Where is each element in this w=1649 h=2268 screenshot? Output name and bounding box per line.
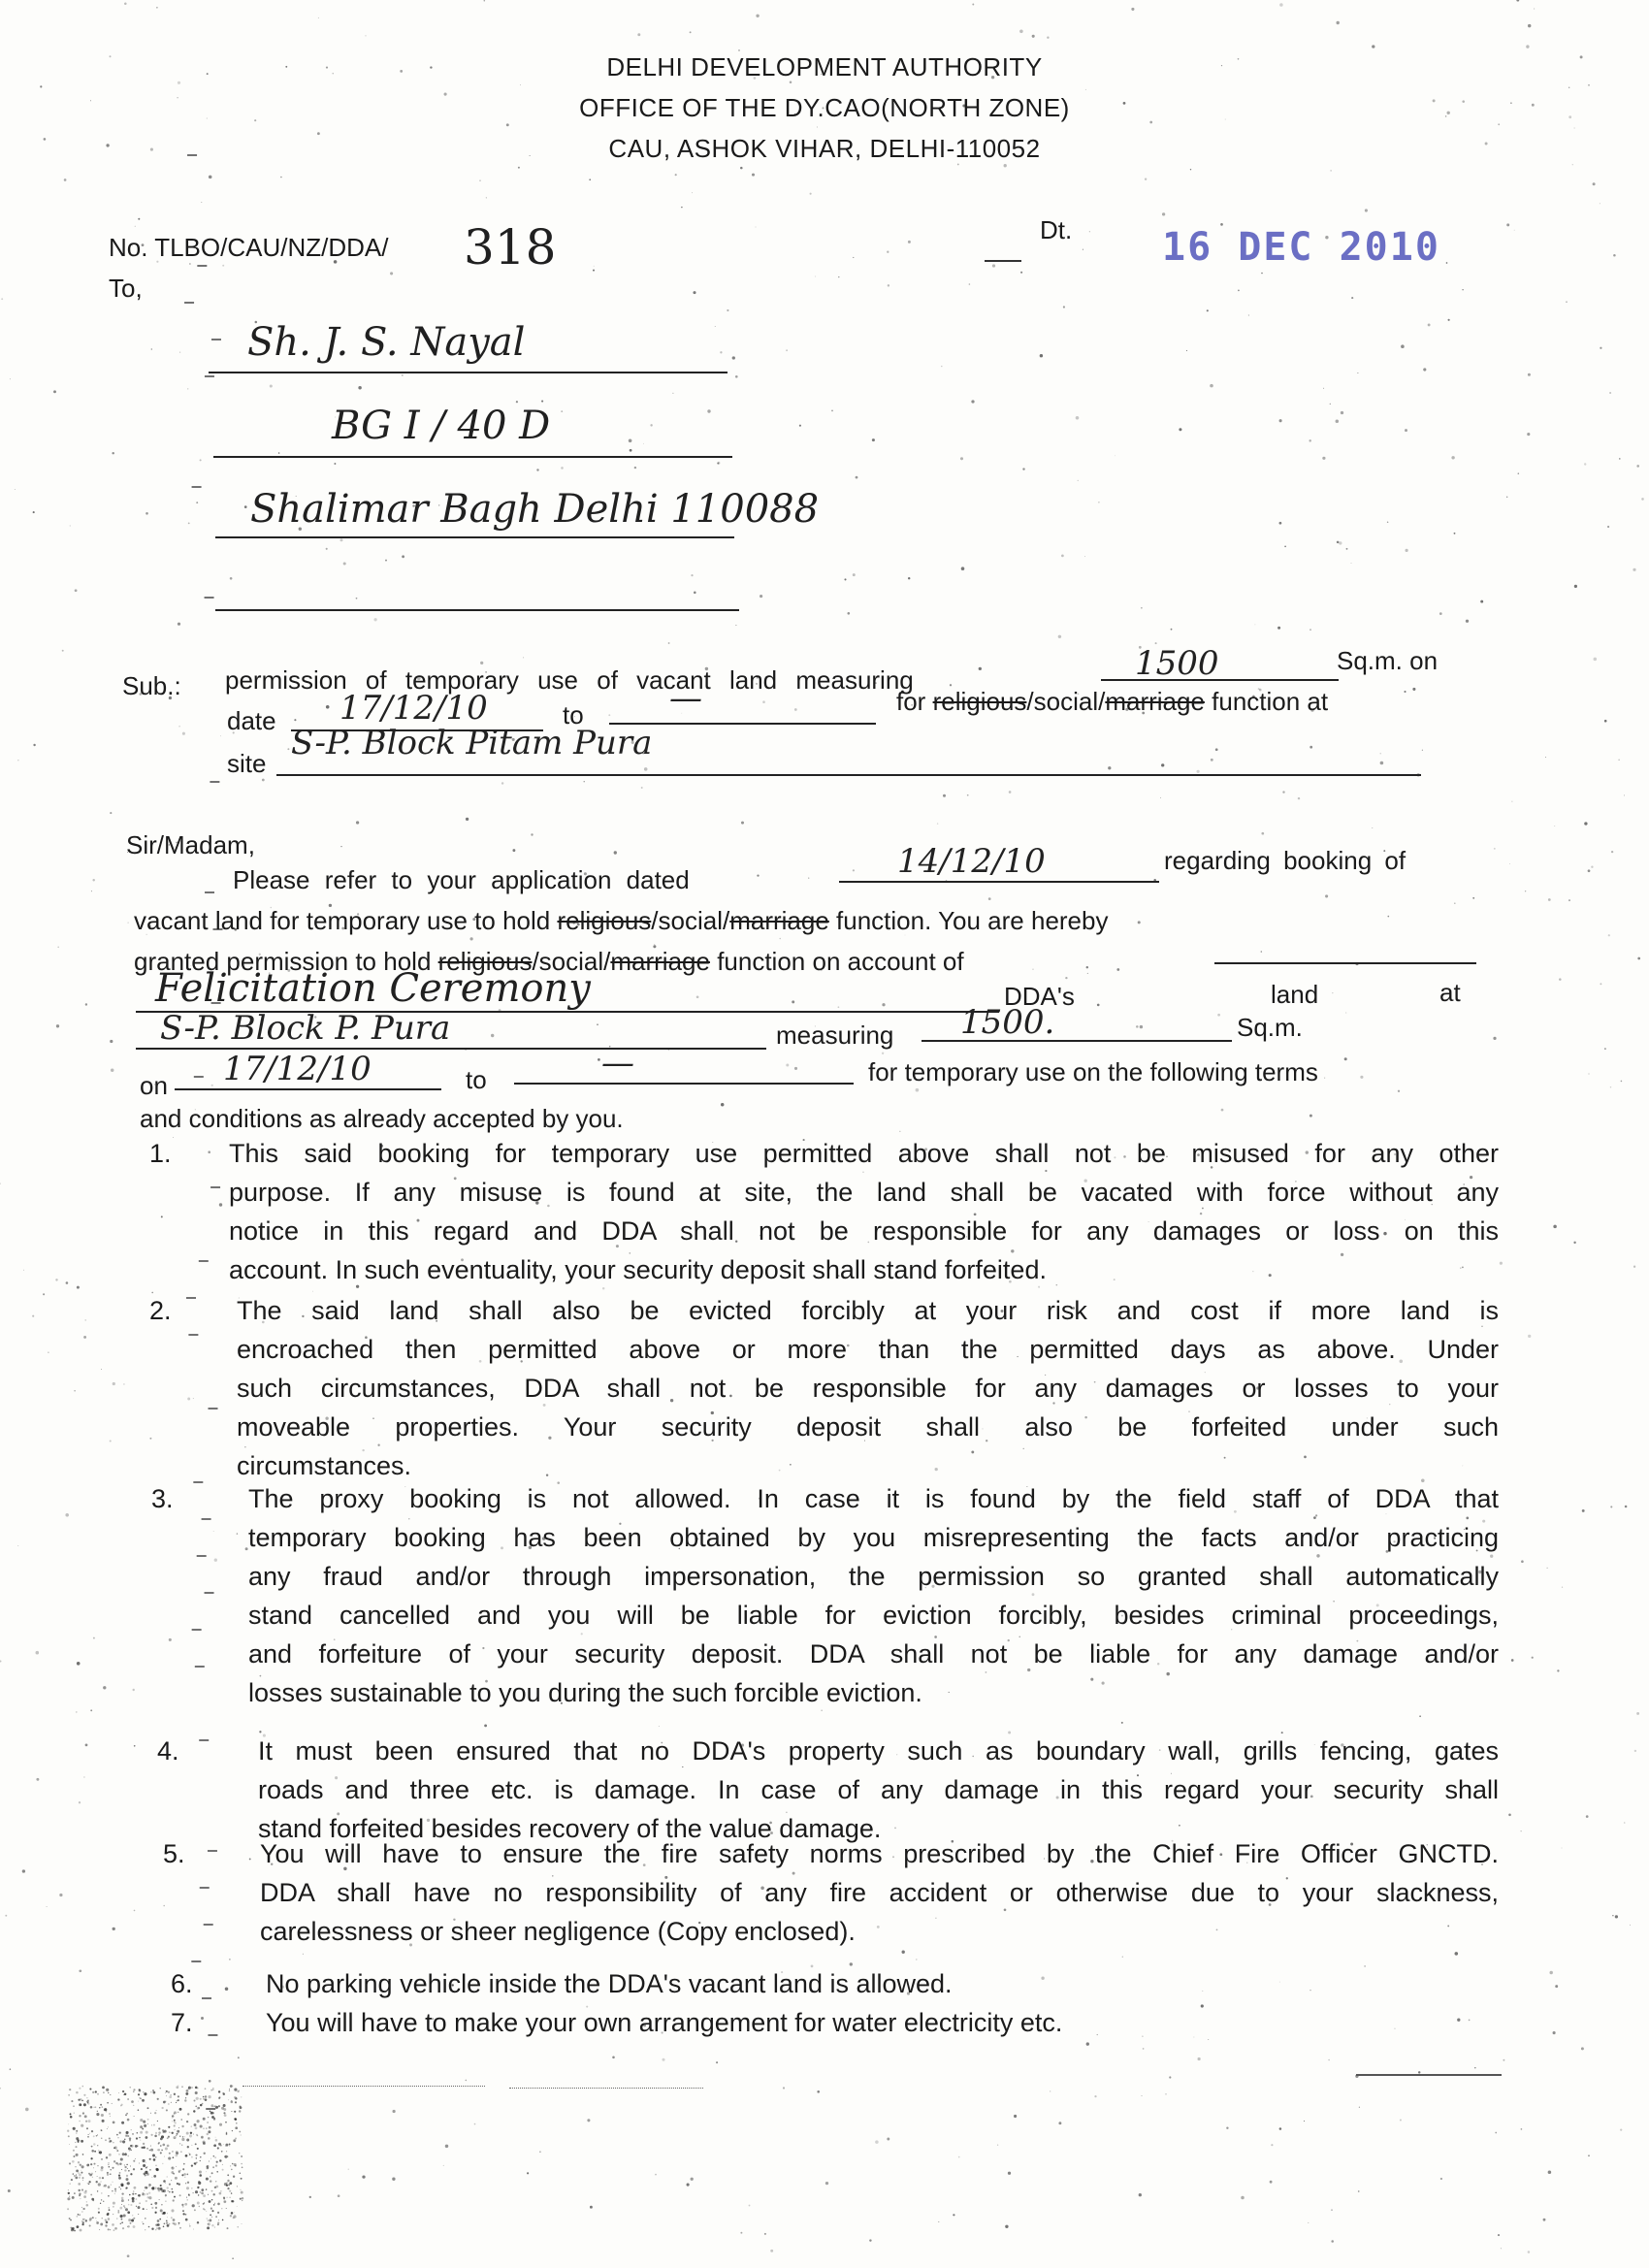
to-label: To, xyxy=(109,274,143,304)
faint-line xyxy=(242,2086,485,2087)
body-conditions: and conditions as already accepted by yo… xyxy=(140,1104,624,1134)
term-line: stand cancelled and you will be liable f… xyxy=(248,1601,1499,1631)
occasion-underline-top xyxy=(1214,962,1476,964)
address-line-1 xyxy=(209,372,727,373)
body-line1-b: regarding booking of xyxy=(1164,846,1406,876)
term-line: roads and three etc. is damage. In case … xyxy=(258,1775,1499,1805)
body-terms-intro: for temporary use on the following terms xyxy=(868,1057,1318,1087)
subject-area: 1500 xyxy=(1135,644,1219,683)
body-area: 1500. xyxy=(960,1003,1054,1042)
term-line: losses sustainable to you during the suc… xyxy=(248,1678,922,1708)
faint-line xyxy=(509,2088,703,2089)
body-measuring: measuring xyxy=(776,1021,893,1051)
body-line1-a: Please refer to your application dated xyxy=(233,865,690,895)
recipient-address-line3: Shalimar Bagh Delhi 110088 xyxy=(250,487,819,532)
term-line: DDA shall have no responsibility of any … xyxy=(260,1878,1499,1908)
body-at: at xyxy=(1439,978,1461,1008)
term-line: No parking vehicle inside the DDA's vaca… xyxy=(266,1969,953,1999)
body-land: land xyxy=(1271,980,1318,1010)
body-to: to xyxy=(466,1065,487,1095)
term-line: such circumstances, DDA shall not be res… xyxy=(237,1374,1499,1404)
office-name: OFFICE OF THE DY.CAO(NORTH ZONE) xyxy=(0,93,1649,123)
subject-from-date: 17/12/10 xyxy=(339,689,488,728)
term-line: carelessness or sheer negligence (Copy e… xyxy=(260,1917,856,1947)
salutation: Sir/Madam, xyxy=(126,830,255,860)
subject-function-type: for religious/social/marriage function a… xyxy=(896,687,1328,717)
on-date-underline xyxy=(175,1088,441,1090)
term-line: You will have to make your own arrangeme… xyxy=(266,2008,1062,2038)
term-line: You will have to ensure the fire safety … xyxy=(260,1839,1499,1869)
application-date: 14/12/10 xyxy=(897,842,1046,881)
reference-prefix: No. TLBO/CAU/NZ/DDA/ xyxy=(109,233,388,263)
struck-marriage: marriage xyxy=(1105,687,1205,716)
signature-line xyxy=(1356,2074,1502,2076)
term-line: It must been ensured that no DDA's prope… xyxy=(258,1736,1499,1766)
site-underline xyxy=(276,774,1421,776)
term-line: any fraud and/or through impersonation, … xyxy=(248,1562,1499,1592)
struck-religious: religious xyxy=(557,906,651,935)
term-number: 1. xyxy=(149,1139,172,1169)
body-sqm: Sq.m. xyxy=(1237,1013,1303,1043)
date-stamp: 16 DEC 2010 xyxy=(1162,225,1440,270)
term-number: 4. xyxy=(157,1736,179,1766)
term-number: 7. xyxy=(171,2008,193,2038)
term-line: The said land shall also be evicted forc… xyxy=(237,1296,1499,1326)
scanned-letter-page: DELHI DEVELOPMENT AUTHORITY OFFICE OF TH… xyxy=(0,0,1649,2268)
subject-to-date: — xyxy=(669,679,702,718)
term-number: 6. xyxy=(171,1969,193,1999)
term-line: account. In such eventuality, your secur… xyxy=(229,1255,1047,1285)
area-underline xyxy=(1101,679,1339,681)
subject-unit: Sq.m. on xyxy=(1337,646,1438,676)
reference-number: 318 xyxy=(464,219,556,275)
term-line: notice in this regard and DDA shall not … xyxy=(229,1216,1499,1247)
subject-site: S-P. Block Pitam Pura xyxy=(291,724,652,762)
office-address: CAU, ASHOK VIHAR, DELHI-110052 xyxy=(0,134,1649,164)
term-number: 2. xyxy=(149,1296,172,1326)
to-date-underline-2 xyxy=(514,1083,854,1085)
dash-mark xyxy=(985,260,1021,262)
term-line: circumstances. xyxy=(237,1451,411,1481)
subject-site-label: site xyxy=(227,749,266,779)
term-line: temporary booking has been obtained by y… xyxy=(248,1523,1499,1553)
occasion: Felicitation Ceremony xyxy=(155,966,591,1011)
recipient-address-line2: BG I / 40 D xyxy=(332,404,550,448)
recipient-name: Sh. J. S. Nayal xyxy=(247,320,525,365)
address-line-4 xyxy=(215,609,739,611)
on-date: 17/12/10 xyxy=(223,1050,372,1088)
application-date-underline xyxy=(839,881,1159,883)
body-area-underline xyxy=(921,1040,1232,1042)
body-line2: vacant land for temporary use to hold re… xyxy=(134,906,1108,936)
date-label: Dt. xyxy=(1040,215,1072,245)
term-line: This said booking for temporary use perm… xyxy=(229,1139,1499,1169)
address-line-3 xyxy=(215,536,734,538)
address-line-2 xyxy=(213,456,732,458)
struck-marriage: marriage xyxy=(610,947,710,976)
term-line: moveable properties. Your security depos… xyxy=(237,1412,1499,1442)
body-on: on xyxy=(140,1071,168,1101)
term-line: encroached then permitted above or more … xyxy=(237,1335,1499,1365)
term-number: 5. xyxy=(163,1839,185,1869)
body-to-date: — xyxy=(601,1044,634,1083)
term-line: purpose. If any misuse is found at site,… xyxy=(229,1178,1499,1208)
subject-label: Sub.: xyxy=(122,671,181,701)
subject-date-label: date xyxy=(227,706,276,736)
org-name: DELHI DEVELOPMENT AUTHORITY xyxy=(0,52,1649,82)
term-number: 3. xyxy=(151,1484,174,1514)
struck-religious: religious xyxy=(933,687,1027,716)
term-line: The proxy booking is not allowed. In cas… xyxy=(248,1484,1499,1514)
term-line: and forfeiture of your security deposit.… xyxy=(248,1639,1499,1669)
location: S-P. Block P. Pura xyxy=(160,1009,450,1048)
struck-marriage: marriage xyxy=(729,906,829,935)
subject-line1: permission of temporary use of vacant la… xyxy=(225,665,914,696)
